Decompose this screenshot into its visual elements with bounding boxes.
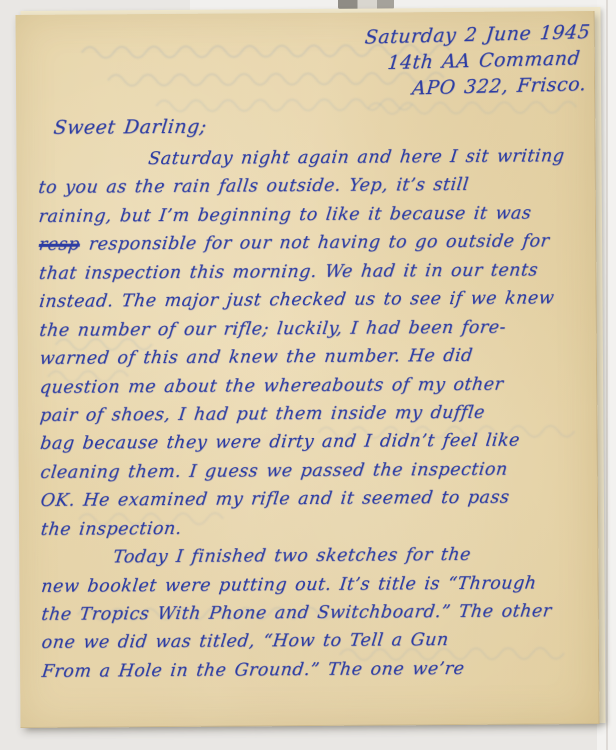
letter-line: OK. He examined my rifle and it seemed t… <box>39 483 590 515</box>
letter-line: the Tropics With Phone and Switchboard.”… <box>40 597 591 629</box>
letter-line: raining, but I’m beginning to like it be… <box>37 199 588 231</box>
letter-line: new booklet were putting out. It’s title… <box>40 569 591 601</box>
letter-header: Saturday 2 June 1945 14th AA Command APO… <box>363 19 590 102</box>
letter-line: question me about the whereabouts of my … <box>38 370 589 402</box>
letter-line: cleaning them. I guess we passed the ins… <box>39 455 590 487</box>
letter-line: Saturday night again and here I sit writ… <box>37 142 588 174</box>
scanner-seam-line <box>606 0 608 750</box>
letter-line: the inspection. <box>39 512 590 544</box>
letter-page: Saturday 2 June 1945 14th AA Command APO… <box>16 11 600 728</box>
letter-body: Saturday night again and here I sit writ… <box>36 142 588 686</box>
letter-line: instead. The major just checked us to se… <box>38 284 589 316</box>
letter-line: pair of shoes, I had put them inside my … <box>38 398 589 430</box>
letter-line: bag because they were dirty and I didn’t… <box>39 426 590 458</box>
letter-line: one we did was titled, “How to Tell a Gu… <box>40 625 591 657</box>
letter-line: From a Hole in the Ground.” The one we’r… <box>40 654 591 686</box>
letter-line: that inspection this morning. We had it … <box>37 256 588 288</box>
letter-line: Today I finished two sketches for the <box>39 540 590 572</box>
address-line: APO 322, Frisco. <box>411 71 593 101</box>
letter-line: the number of our rifle; luckily, I had … <box>38 313 589 345</box>
struck-out-word: resp <box>38 235 81 255</box>
salutation: Sweet Darling; <box>52 116 208 139</box>
letter-line: to you as the rain falls outside. Yep, i… <box>37 170 588 202</box>
letter-line: warned of this and knew the number. He d… <box>38 341 589 373</box>
letter-line: respresponsible for our not having to go… <box>37 227 588 259</box>
